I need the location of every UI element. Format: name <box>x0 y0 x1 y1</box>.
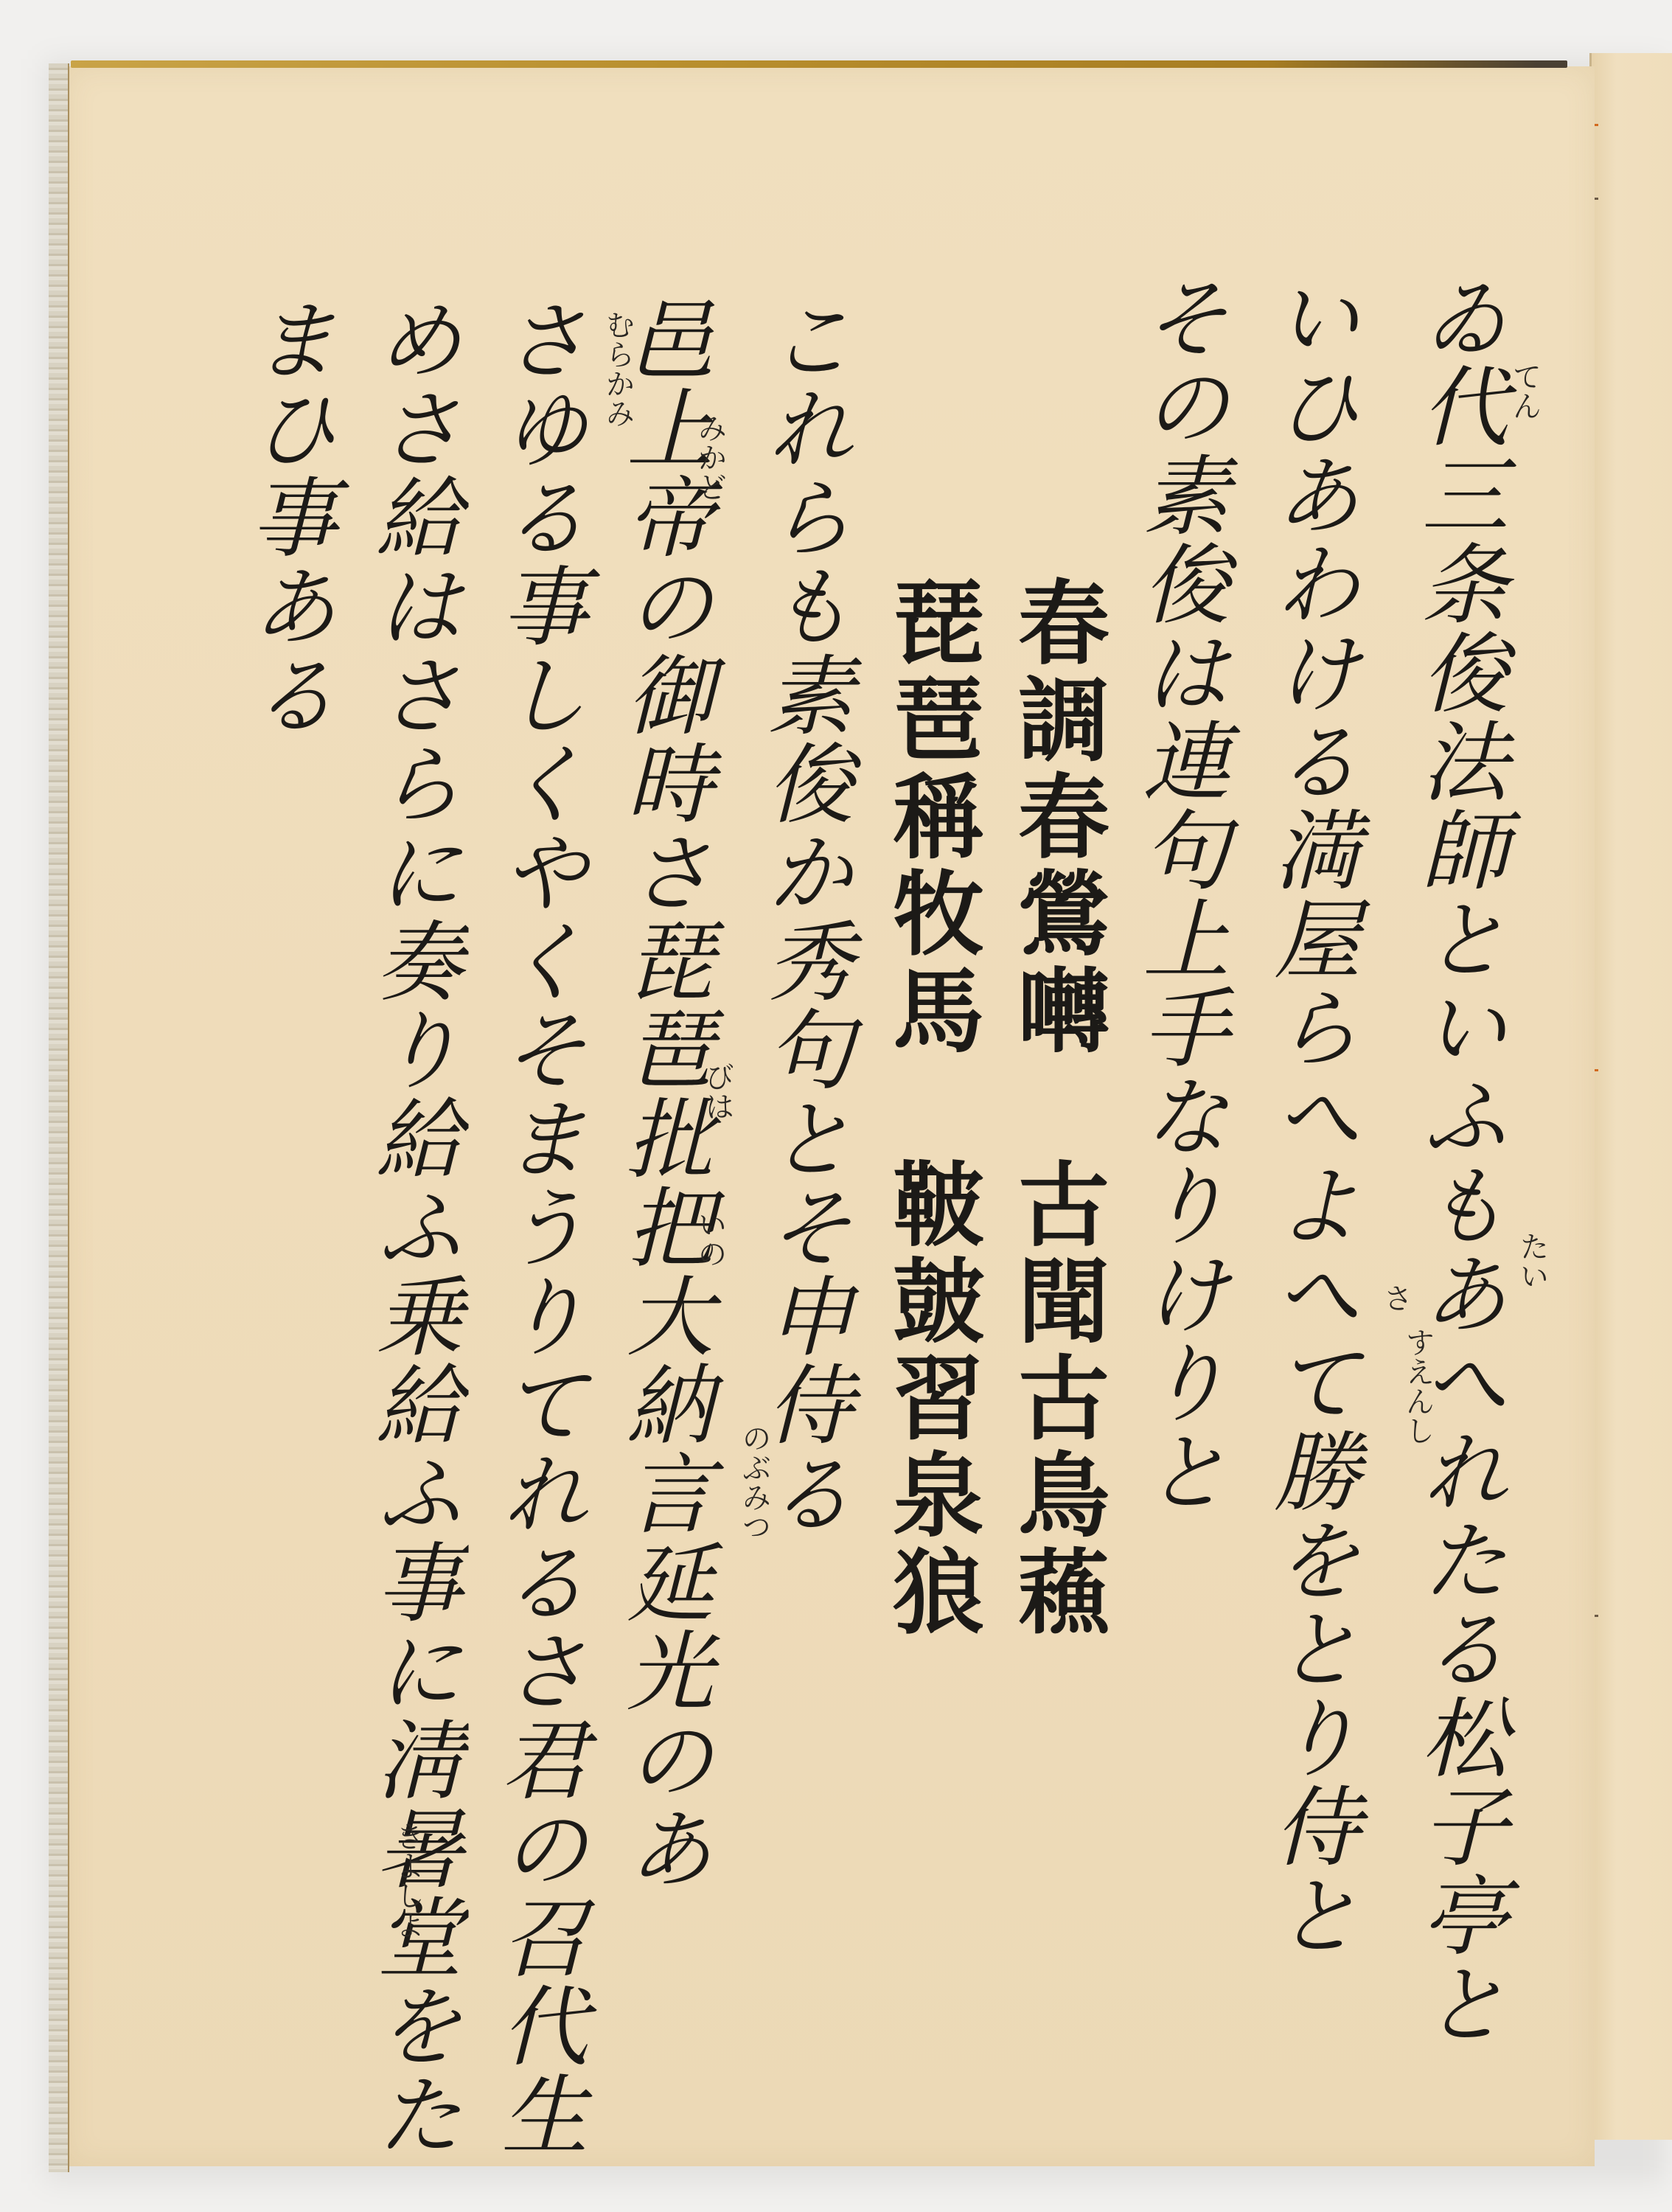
next-page-edge <box>1589 53 1672 2140</box>
furigana: むらかみ <box>597 310 639 428</box>
furigana: みかど <box>689 413 731 501</box>
furigana: のぶみつ <box>734 1423 776 1541</box>
text-column-6: これらも素俊か秀句とそ申侍る <box>759 295 846 1537</box>
furigana: てん <box>1504 361 1546 420</box>
text-column-3: その素俊は連句上手なりけりと <box>1135 273 1222 1515</box>
furigana: たい <box>1511 1231 1553 1290</box>
spine-binding <box>49 63 69 2172</box>
text-column-1: ゐ代三条俊法師といふもあへれたる松子亭と <box>1414 273 1501 2048</box>
verse-column-2: 琵琶稱牧馬 鞁皷習泉狼 <box>885 575 976 1641</box>
furigana: びは <box>697 1062 739 1121</box>
verse-column-1: 春調春鶯囀 古聞古鳥蘓 <box>1010 575 1101 1641</box>
text-column-7: 邑上帝の御時さ琵琶批把大納言延光のあ <box>619 295 706 1892</box>
furigana: いの <box>689 1209 731 1268</box>
text-column-10: まひ事ある <box>243 295 330 739</box>
furigana: さ <box>1375 1283 1417 1312</box>
text-column-8: さゆる事しくやくそまうりてれるさ君の召代生 <box>494 295 581 2159</box>
text-column-2: いひあわける満屋らへよへて勝をとり侍と <box>1267 273 1354 1959</box>
gilt-top-edge <box>71 60 1567 68</box>
furigana: すえんし <box>1397 1327 1439 1445</box>
furigana: きよしよ <box>387 1821 429 1939</box>
